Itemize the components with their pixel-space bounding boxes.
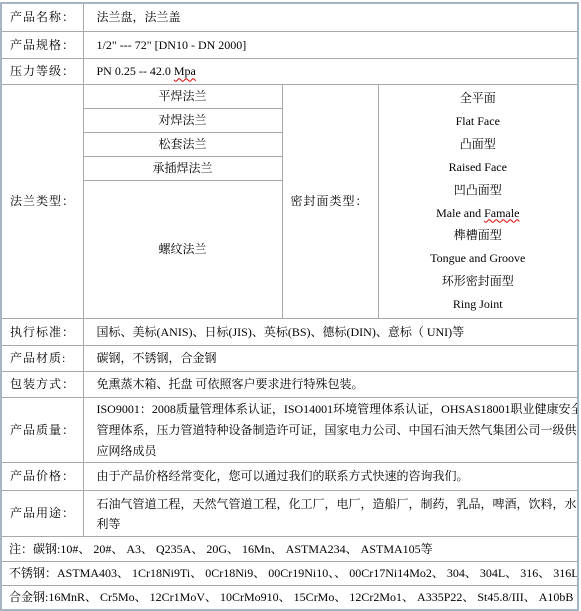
product-spec-table: 产品名称： 法兰盘，法兰盖 产品规格： 1/2" --- 72" [DN10 -… bbox=[0, 2, 579, 611]
sealing-item: 榫槽面型 bbox=[379, 224, 578, 247]
quality-value: ISO9001：2008质量管理体系认证，ISO14001环境管理体系认证，OH… bbox=[83, 398, 578, 463]
pressure-rating-label: 压力等级： bbox=[1, 59, 83, 85]
row-note-stainless-steel: 不锈钢：ASTMA403、 1Cr18Ni9Ti、 0Cr18Ni9、 00Cr… bbox=[1, 562, 578, 586]
quality-line: 应网络成员 bbox=[97, 441, 578, 462]
row-flange-type-1: 法兰类型： 平焊法兰 密封面类型： 全平面 Flat Face 凸面型 Rais… bbox=[1, 85, 578, 109]
material-label: 产品材质: bbox=[1, 346, 83, 372]
row-usage: 产品用途： 石油气管道工程，天然气管道工程，化工厂，电厂，造船厂，制药，乳品，啤… bbox=[1, 491, 578, 537]
row-material: 产品材质: 碳钢，不锈钢，合金钢 bbox=[1, 346, 578, 372]
row-price: 产品价格： 由于产品价格经常变化，您可以通过我们的联系方式快速的咨询我们。 bbox=[1, 463, 578, 491]
note-stainless-steel: 不锈钢：ASTMA403、 1Cr18Ni9Ti、 0Cr18Ni9、 00Cr… bbox=[1, 562, 578, 586]
row-packing: 包装方式： 免熏蒸木箱、托盘 可依照客户要求进行特殊包装。 bbox=[1, 372, 578, 398]
material-value: 碳钢，不锈钢，合金钢 bbox=[83, 346, 578, 372]
usage-value: 石油气管道工程，天然气管道工程，化工厂，电厂，造船厂，制药，乳品，啤酒，饮料，水… bbox=[83, 491, 578, 537]
product-name-value: 法兰盘，法兰盖 bbox=[83, 3, 578, 32]
sealing-item: 环形密封面型 bbox=[379, 270, 578, 293]
flange-type-label: 法兰类型： bbox=[1, 85, 83, 319]
row-note-carbon-steel: 注：碳钢:10#、 20#、 A3、 Q235A、 20G、 16Mn、 AST… bbox=[1, 537, 578, 562]
sealing-item-misspelled: Famale bbox=[484, 206, 519, 220]
quality-line: ISO9001：2008质量管理体系认证，ISO14001环境管理体系认证，OH… bbox=[97, 399, 578, 420]
quality-label: 产品质量： bbox=[1, 398, 83, 463]
standards-value: 国标、美标(ANIS)、日标(JIS)、英标(BS)、德标(DIN)、意标（ U… bbox=[83, 319, 578, 346]
row-product-spec: 产品规格： 1/2" --- 72" [DN10 - DN 2000] bbox=[1, 32, 578, 59]
standards-label: 执行标准： bbox=[1, 319, 83, 346]
packing-value: 免熏蒸木箱、托盘 可依照客户要求进行特殊包装。 bbox=[83, 372, 578, 398]
product-name-label: 产品名称： bbox=[1, 3, 83, 32]
usage-line: 石油气管道工程，天然气管道工程，化工厂，电厂，造船厂，制药，乳品，啤酒，饮料，水 bbox=[97, 494, 578, 514]
price-label: 产品价格： bbox=[1, 463, 83, 491]
sealing-type-label: 密封面类型： bbox=[282, 85, 378, 319]
pressure-rating-value: PN 0.25 -- 42.0 Mpa bbox=[83, 59, 578, 85]
flange-type-item: 承插焊法兰 bbox=[83, 157, 282, 181]
product-spec-value: 1/2" --- 72" [DN10 - DN 2000] bbox=[83, 32, 578, 59]
price-value: 由于产品价格经常变化，您可以通过我们的联系方式快速的咨询我们。 bbox=[83, 463, 578, 491]
quality-line: 管理体系，压力管道特种设备制造许可证，国家电力公司、中国石油天然气集团公司一级供 bbox=[97, 420, 578, 441]
row-pressure-rating: 压力等级： PN 0.25 -- 42.0 Mpa bbox=[1, 59, 578, 85]
flange-type-item: 松套法兰 bbox=[83, 133, 282, 157]
pressure-value-text: PN 0.25 -- 42.0 bbox=[97, 64, 174, 78]
row-quality: 产品质量： ISO9001：2008质量管理体系认证，ISO14001环境管理体… bbox=[1, 398, 578, 463]
row-product-name: 产品名称： 法兰盘，法兰盖 bbox=[1, 3, 578, 32]
sealing-item: 凹凸面型 bbox=[379, 179, 578, 202]
usage-line: 利等 bbox=[97, 514, 578, 534]
flange-type-item: 平焊法兰 bbox=[83, 85, 282, 109]
note-alloy-steel: 合金钢:16MnR、 Cr5Mo、 12Cr1MoV、 10CrMo910、 1… bbox=[1, 586, 578, 611]
usage-label: 产品用途： bbox=[1, 491, 83, 537]
flange-type-item: 对焊法兰 bbox=[83, 109, 282, 133]
sealing-item: Flat Face bbox=[379, 110, 578, 133]
packing-label: 包装方式： bbox=[1, 372, 83, 398]
sealing-item: 全平面 bbox=[379, 87, 578, 110]
sealing-item: Male and Famale bbox=[379, 202, 578, 225]
flange-type-item: 螺纹法兰 bbox=[83, 181, 282, 319]
sealing-item: 凸面型 bbox=[379, 133, 578, 156]
row-standards: 执行标准： 国标、美标(ANIS)、日标(JIS)、英标(BS)、德标(DIN)… bbox=[1, 319, 578, 346]
sealing-item: Raised Face bbox=[379, 156, 578, 179]
row-note-alloy-steel: 合金钢:16MnR、 Cr5Mo、 12Cr1MoV、 10CrMo910、 1… bbox=[1, 586, 578, 611]
pressure-unit-misspelled: Mpa bbox=[174, 64, 196, 78]
product-spec-label: 产品规格： bbox=[1, 32, 83, 59]
note-carbon-steel: 注：碳钢:10#、 20#、 A3、 Q235A、 20G、 16Mn、 AST… bbox=[1, 537, 578, 562]
sealing-item: Tongue and Groove bbox=[379, 247, 578, 270]
sealing-type-values: 全平面 Flat Face 凸面型 Raised Face 凹凸面型 Male … bbox=[378, 85, 578, 319]
sealing-item: Ring Joint bbox=[379, 293, 578, 316]
